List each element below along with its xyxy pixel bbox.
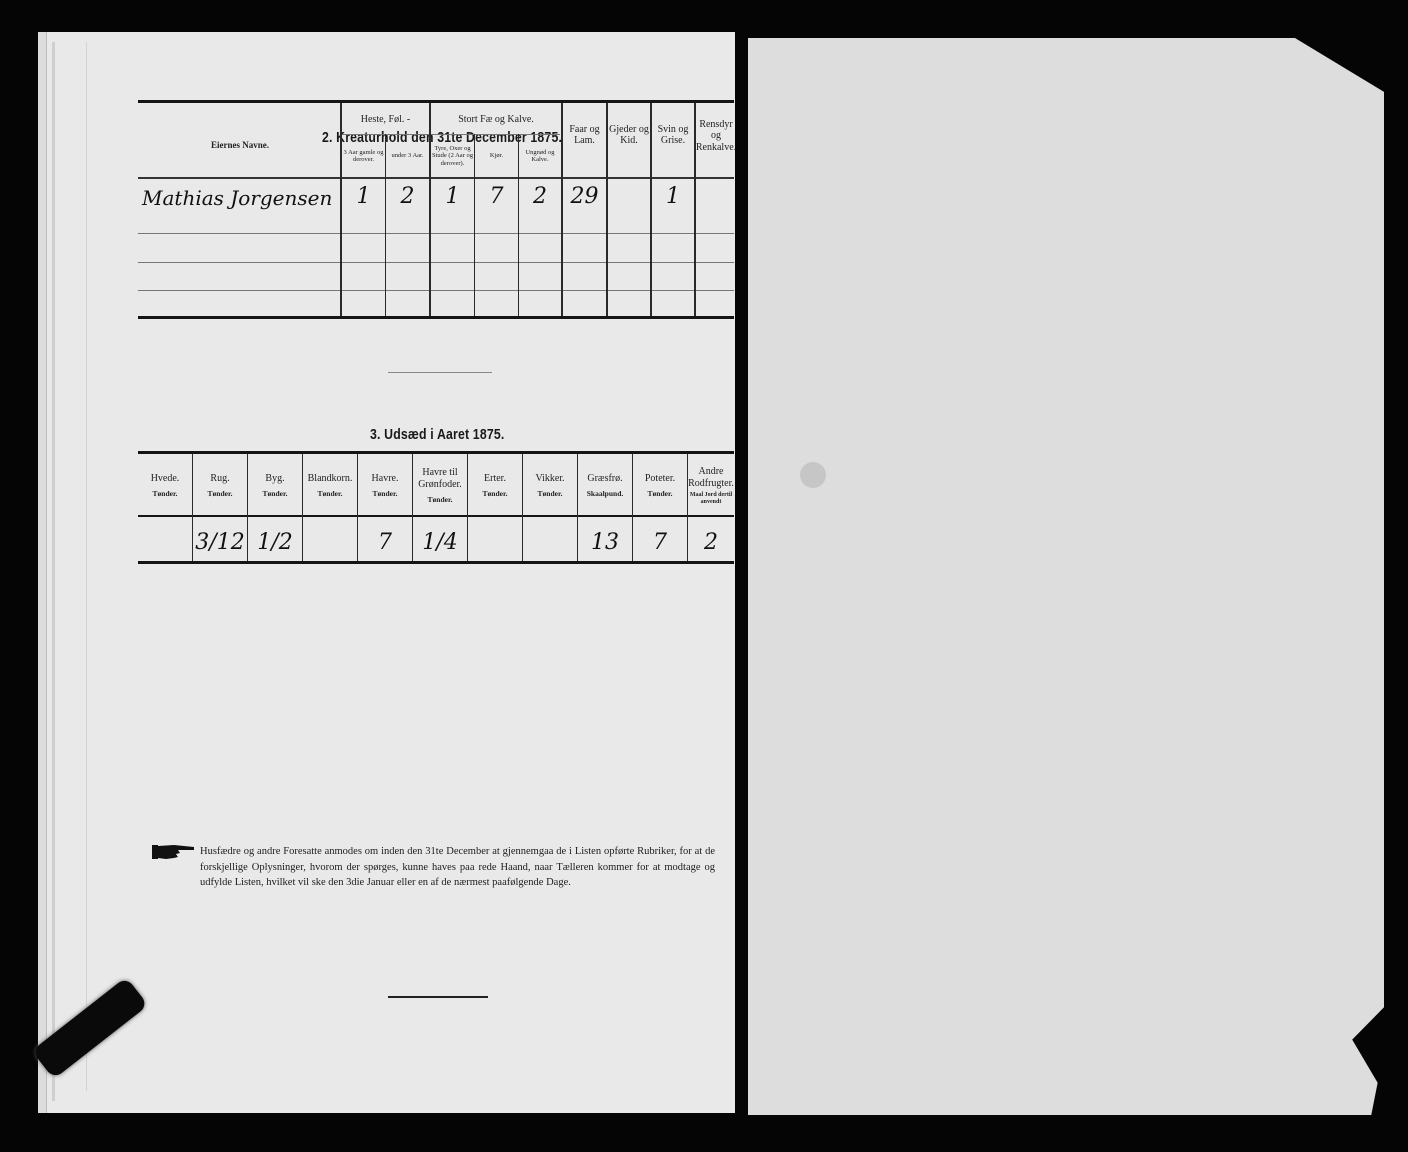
header-goats: Gjeder og Kid. [608,110,650,160]
header-wheat: Hvede.Tønder. [138,462,192,510]
header-owner-names: Eiernes Navne. [140,130,340,160]
column-label: Poteter. [645,473,675,485]
table-bottom-rule [138,316,734,319]
column-label: Andre Rodfrugter. [688,466,734,489]
page-stack-edge [38,32,47,1113]
section-3-title: 3. Udsæd i Aaret 1875. [370,426,504,443]
header-grass-seed: Græsfrø.Skaalpund. [578,462,632,510]
column-unit: Tønder. [318,490,343,499]
column-unit: Tønder. [263,490,288,499]
oats-green-fodder-cell: 1/4 [413,530,467,555]
column-unit: Tønder. [373,490,398,499]
column-unit: Tønder. [483,490,508,499]
column-unit: Maal Jord dertil anvendt [688,492,734,506]
column-unit: Tønder. [208,490,233,499]
section-separator [388,372,492,373]
column-label: Hvede. [151,473,180,485]
potatoes-cell: 7 [633,530,687,555]
grass-seed-cell: 13 [578,530,632,555]
column-unit: Tønder. [428,496,453,505]
column-unit: Tønder. [153,490,178,499]
header-oats: Havre.Tønder. [358,462,412,510]
cattle-cows-cell: 7 [475,184,518,209]
barley-cell: 1/2 [248,530,302,555]
horses-under3-cell: 2 [386,184,429,209]
rye-cell: 3/12 [193,530,247,555]
header-divider [138,515,734,517]
column-unit: Tønder. [648,490,673,499]
page-fold-line [86,42,87,1091]
header-cattle: Stort Fæ og Kalve. [431,106,561,134]
header-cattle-cows: Kjør. [475,136,518,176]
oats-cell: 7 [358,530,412,555]
header-peas: Erter.Tønder. [468,462,522,510]
header-divider [138,177,734,179]
header-sheep: Faar og Lam. [563,110,606,160]
end-rule [388,996,488,998]
header-horses-under3: under 3 Aar. [386,136,429,176]
paper-stain [800,462,826,488]
header-barley: Byg.Tønder. [248,462,302,510]
table-top-rule [138,100,734,103]
horses-3plus-cell: 1 [342,184,385,209]
row-line [138,233,734,234]
owner-name-cell: Mathias Jorgensen [142,186,337,210]
sheep-cell: 29 [563,184,606,209]
cattle-young-cell: 2 [519,184,561,209]
right-page-blank [748,38,1384,1115]
column-label: Græsfrø. [587,473,622,485]
column-divider [340,103,342,316]
header-horses-3plus: 3 Aar gamle og derover. [342,136,385,176]
column-label: Havre til Grønfoder. [413,467,467,490]
header-cattle-young: Ungnød og Kalve. [519,136,561,176]
row-line [138,290,734,291]
column-unit: Skaalpund. [587,490,624,499]
column-divider [429,103,431,316]
column-label: Erter. [484,473,506,485]
table-bottom-rule [138,561,734,564]
header-mixed-grain: Blandkorn.Tønder. [303,462,357,510]
instruction-notice: Husfædre og andre Foresatte anmodes om i… [200,844,715,891]
column-unit: Tønder. [538,490,563,499]
pointing-hand-icon [152,842,196,862]
header-other-root-crops: Andre Rodfrugter.Maal Jord dertil anvend… [688,462,734,510]
header-horses: Heste, Føl. - [342,106,429,134]
header-pigs: Svin og Grise. [652,110,694,160]
header-reindeer: Rensdyr og Renkalve. [696,106,736,166]
column-label: Vikker. [535,473,564,485]
subheader-divider [342,134,560,135]
header-cattle-bulls: Tyre, Oxer og Stude (2 Aar og derover). [431,136,474,176]
column-label: Byg. [265,473,284,485]
header-vetch: Vikker.Tønder. [523,462,577,510]
header-rye: Rug.Tønder. [193,462,247,510]
header-oats-green-fodder: Havre til Grønfoder.Tønder. [413,462,467,510]
column-label: Havre. [372,473,399,485]
pigs-cell: 1 [652,184,694,209]
header-potatoes: Poteter.Tønder. [633,462,687,510]
column-label: Blandkorn. [308,473,353,485]
other-root-crops-cell: 2 [688,530,734,555]
row-line [138,262,734,263]
table-top-rule [138,451,734,454]
cattle-bulls-cell: 1 [431,184,474,209]
column-label: Rug. [210,473,229,485]
page-stack-edge [52,42,55,1101]
